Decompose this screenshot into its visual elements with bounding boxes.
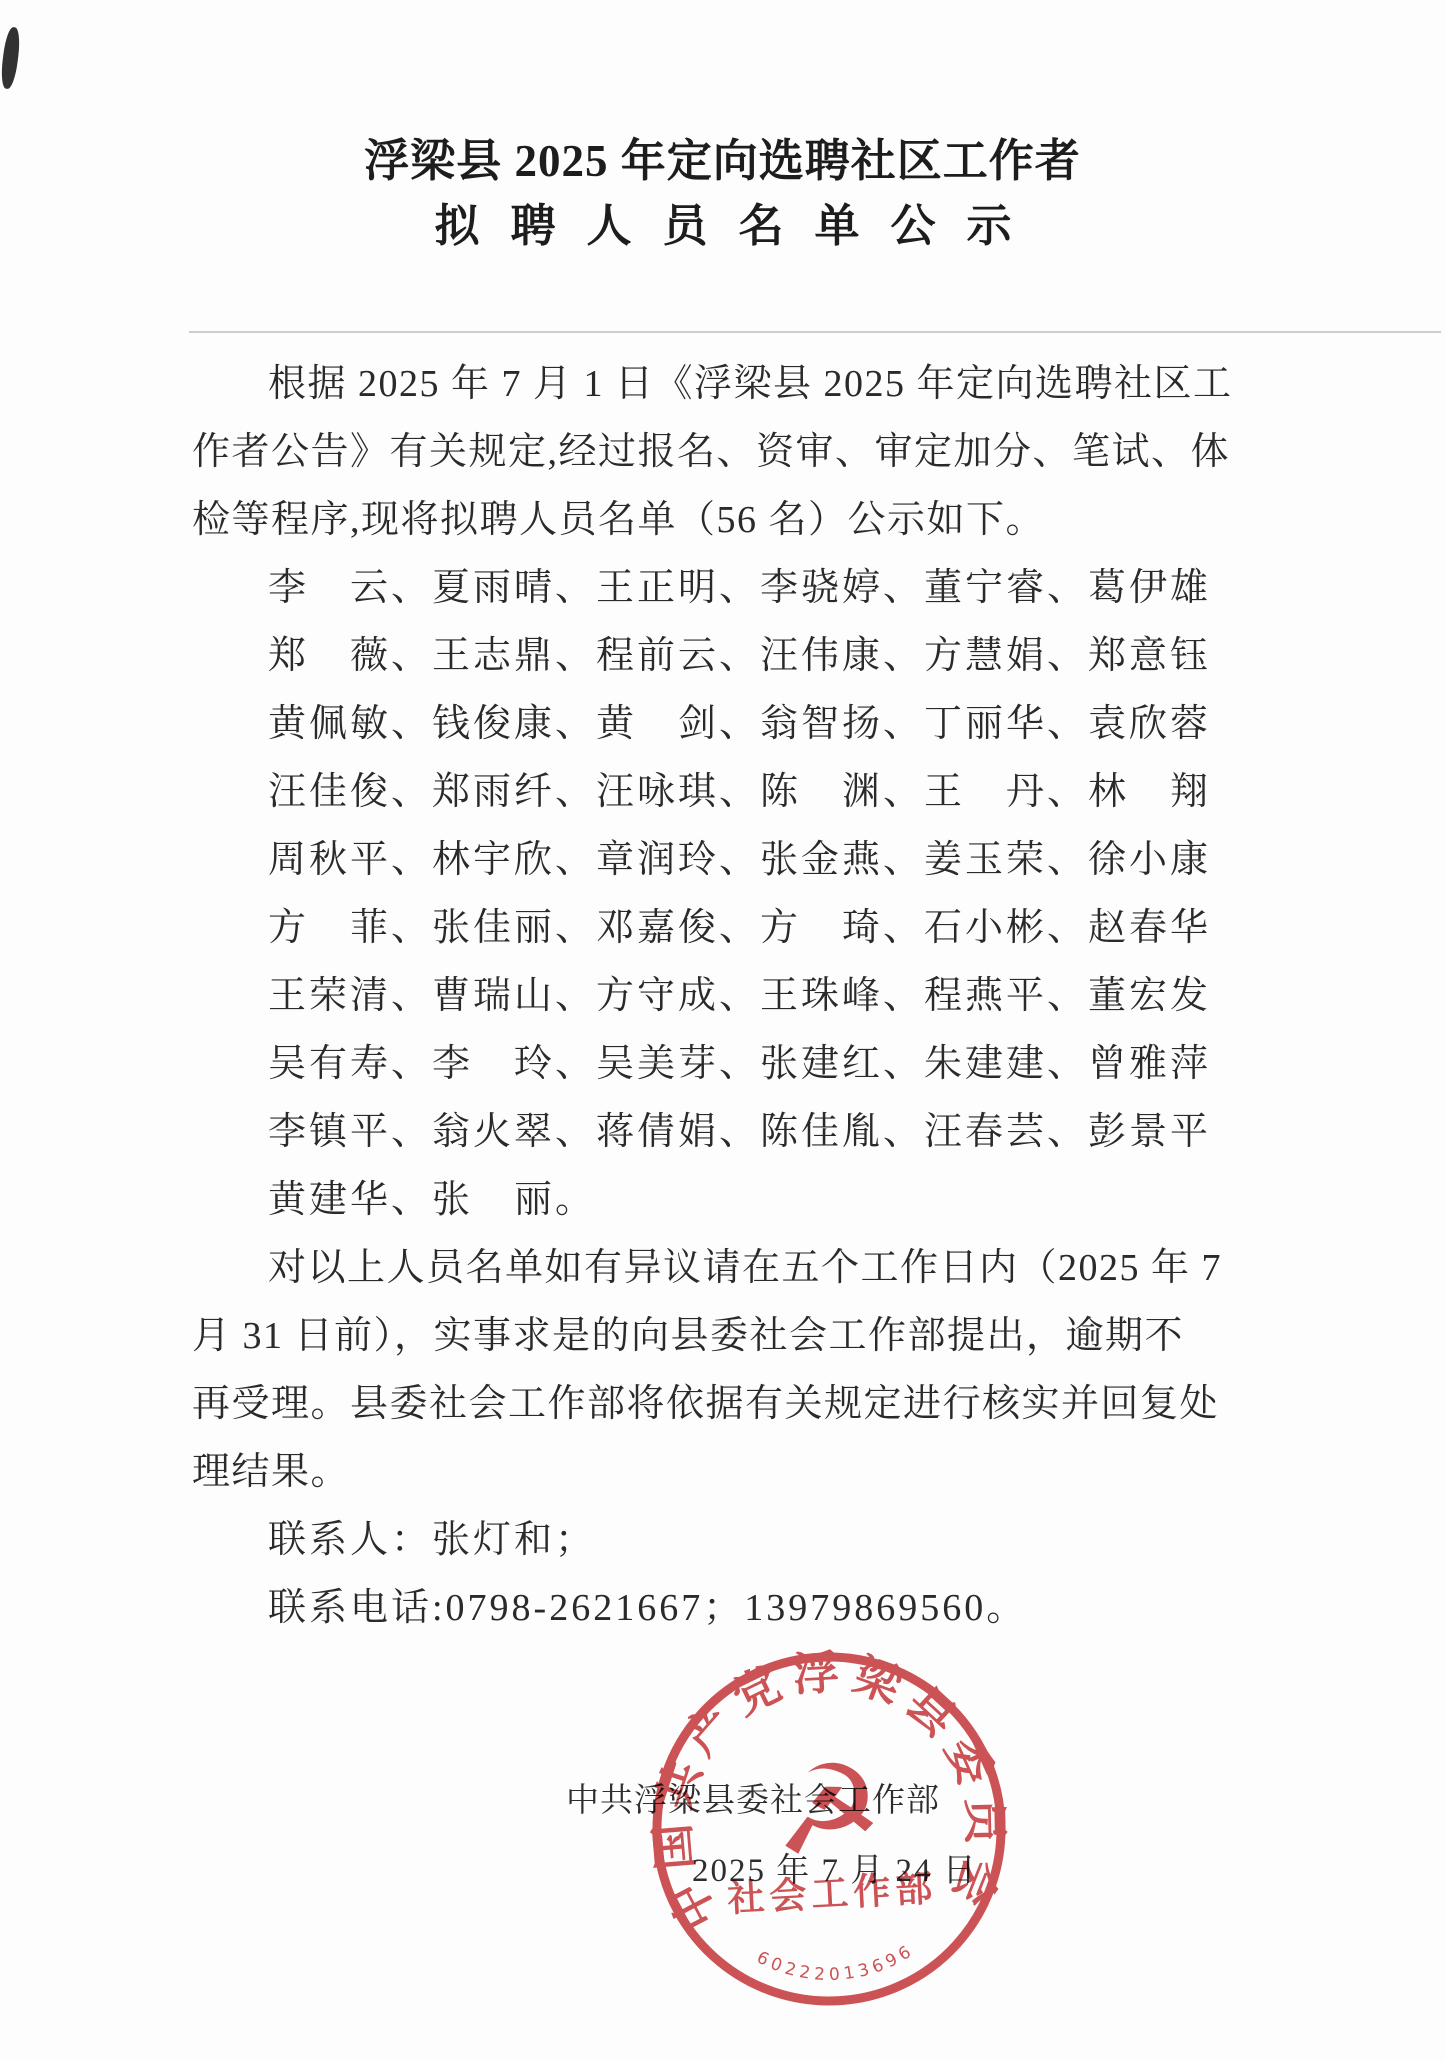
seal-banner-text: 社会工作部 — [726, 1867, 938, 1920]
names-row: 吴有寿、李 玲、吴美芽、张建红、朱建建、曾雅萍 — [192, 1030, 1267, 1098]
document-title-line2: 拟聘人员名单公示 — [16, 189, 1445, 254]
names-row: 王荣清、曹瑞山、方守成、王珠峰、程燕平、董宏发 — [192, 962, 1267, 1030]
document-title-line1: 浮梁县 2025 年定向选聘社区工作者 — [0, 124, 1445, 189]
names-row: 方 菲、张佳丽、邓嘉俊、方 琦、石小彬、赵春华 — [192, 894, 1267, 962]
names-row: 郑 薇、王志鼎、程前云、汪伟康、方慧娟、郑意钰 — [192, 622, 1267, 690]
contact-phone: 联系电话:0798-2621667；13979869560。 — [192, 1574, 1267, 1642]
paragraph2-line4: 理结果。 — [192, 1438, 1267, 1506]
names-row: 李 云、夏雨晴、王正明、李骁婷、董宁睿、葛伊雄 — [192, 554, 1267, 622]
document-body: 根据 2025 年 7 月 1 日《浮梁县 2025 年定向选聘社区工 作者公告… — [192, 350, 1267, 1642]
names-row: 周秋平、林宇欣、章润玲、张金燕、姜玉荣、徐小康 — [192, 826, 1267, 894]
paragraph2-line3: 再受理。县委社会工作部将依据有关规定进行核实并回复处 — [192, 1370, 1267, 1438]
official-red-seal: 中国共产党浮梁县委员会 ☭ 社会工作部 3602220136969 — [630, 1630, 1027, 2027]
names-row: 黄佩敏、钱俊康、黄 剑、翁智扬、丁丽华、袁欣蓉 — [192, 690, 1267, 758]
paragraph1-line1: 根据 2025 年 7 月 1 日《浮梁县 2025 年定向选聘社区工 — [192, 350, 1267, 418]
names-row: 李镇平、翁火翠、蒋倩娟、陈佳胤、汪春芸、彭景平 — [192, 1098, 1267, 1166]
document-page: 浮梁县 2025 年定向选聘社区工作者 拟聘人员名单公示 根据 2025 年 7… — [0, 0, 1445, 2061]
paragraph2-line2: 月 31 日前），实事求是的向县委社会工作部提出，逾期不 — [192, 1302, 1267, 1370]
names-row: 汪佳俊、郑雨纤、汪咏琪、陈 渊、王 丹、林 翔 — [192, 758, 1267, 826]
contact-person: 联系人：张灯和； — [192, 1506, 1267, 1574]
scan-smudge — [0, 26, 22, 89]
paragraph1-line2: 作者公告》有关规定,经过报名、资审、审定加分、笔试、体 — [192, 418, 1267, 486]
names-row: 黄建华、张 丽。 — [192, 1166, 1267, 1234]
paragraph1-line3: 检等程序,现将拟聘人员名单（56 名）公示如下。 — [192, 486, 1267, 554]
hammer-sickle-icon: ☭ — [770, 1736, 887, 1884]
paragraph2-line1: 对以上人员名单如有异议请在五个工作日内（2025 年 7 — [192, 1234, 1267, 1302]
title-divider — [189, 331, 1441, 333]
